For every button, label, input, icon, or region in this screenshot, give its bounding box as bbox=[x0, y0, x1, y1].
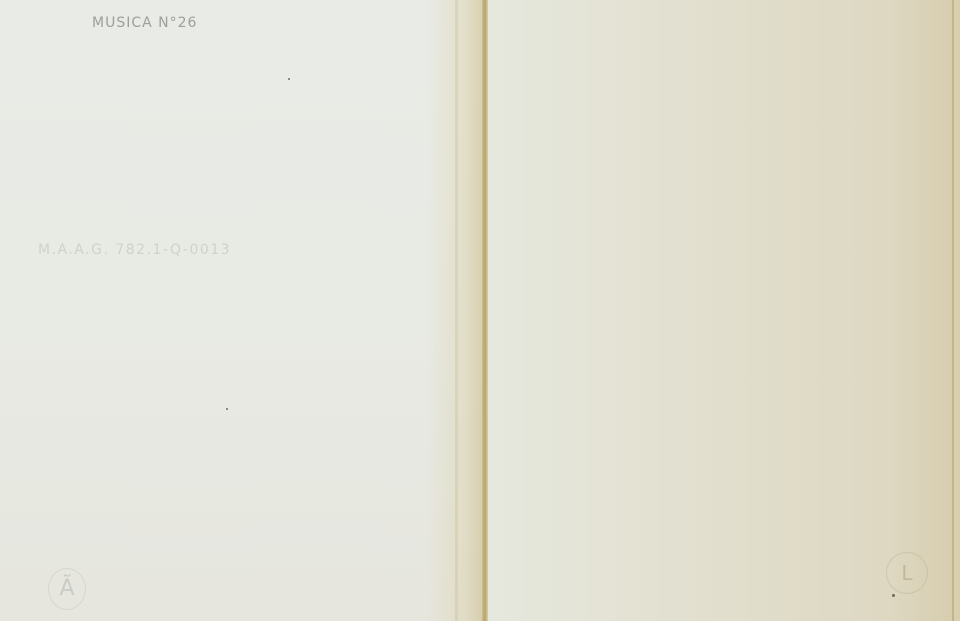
book-spread: MUSICA N°26 M.A.A.G. 782.1-Q-0013 Ã L bbox=[0, 0, 960, 621]
paper-speck bbox=[226, 408, 228, 410]
paper-speck bbox=[288, 78, 290, 80]
page-edge bbox=[954, 0, 960, 621]
paper-speck bbox=[892, 594, 895, 597]
pencil-call-number: M.A.A.G. 782.1-Q-0013 bbox=[38, 242, 231, 258]
library-stamp-icon: Ã bbox=[48, 568, 86, 610]
right-page: L bbox=[488, 0, 960, 621]
pencil-note-musica: MUSICA N°26 bbox=[92, 15, 197, 31]
library-stamp-icon: L bbox=[886, 552, 928, 594]
left-page: MUSICA N°26 M.A.A.G. 782.1-Q-0013 Ã bbox=[0, 0, 484, 621]
